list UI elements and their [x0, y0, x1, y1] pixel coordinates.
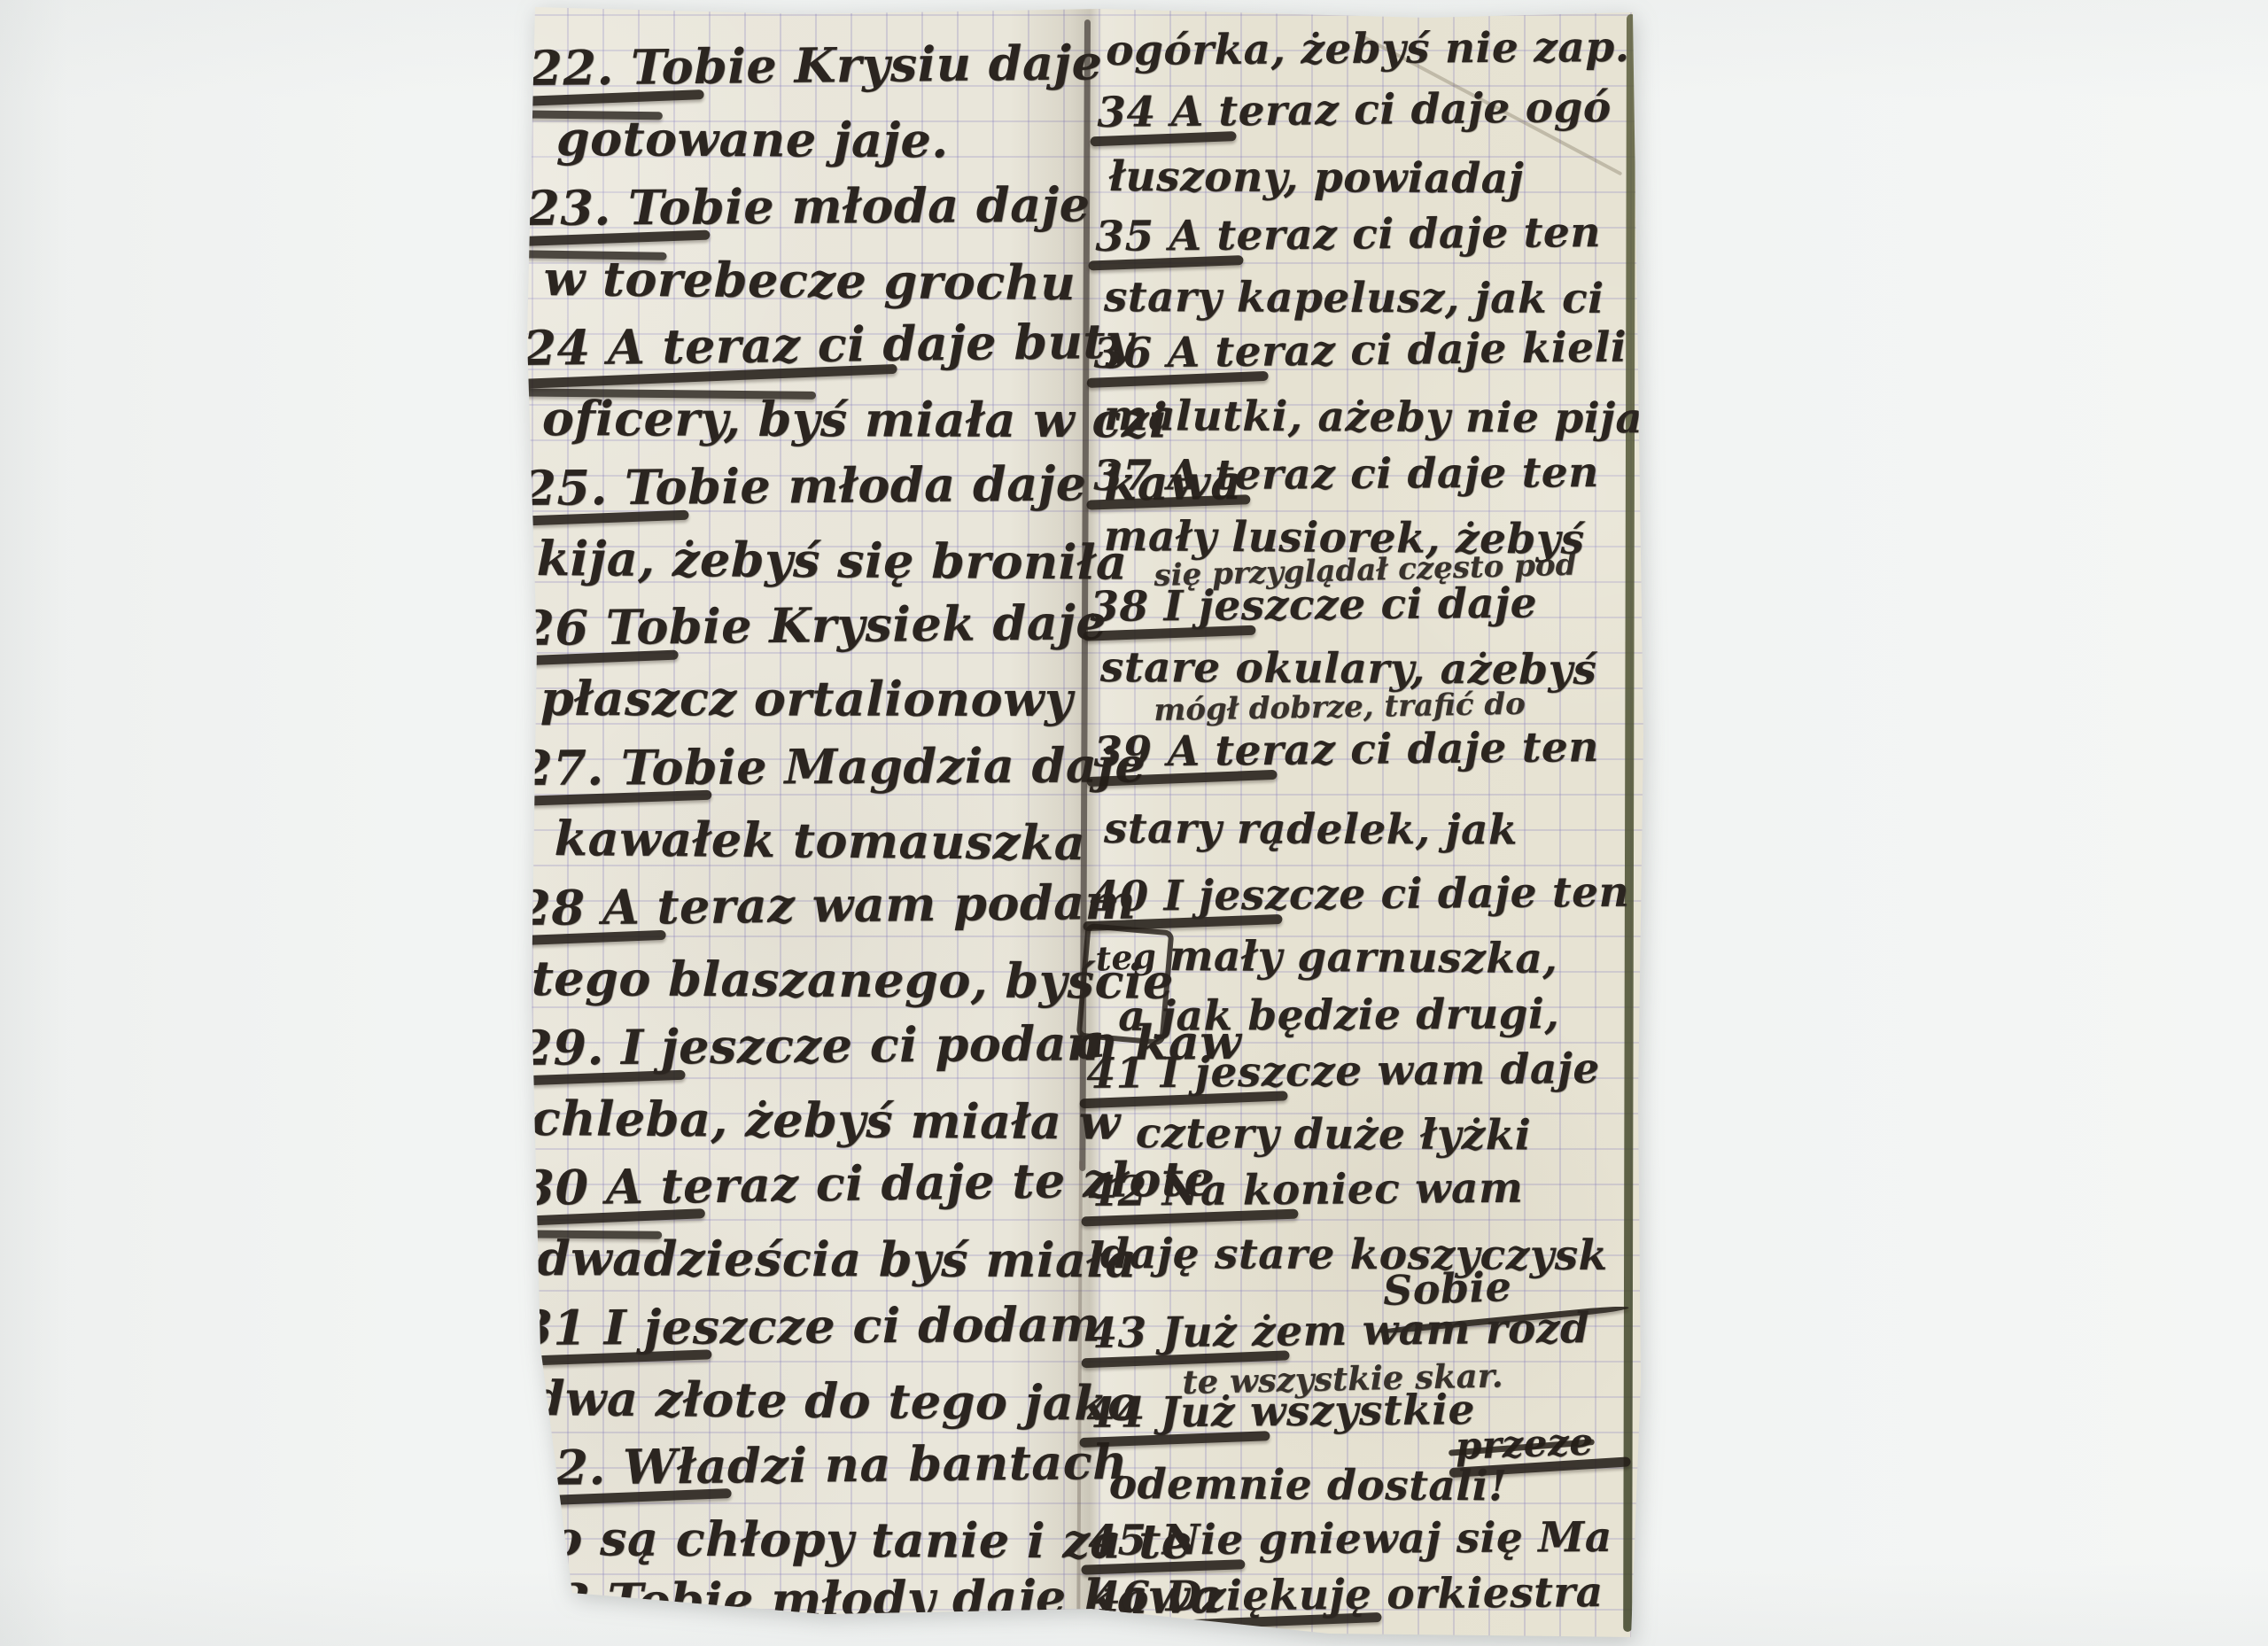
handwritten-line: malutki, ażeby nie pija	[1104, 392, 1643, 443]
handwritten-line: w torebecze grochu	[543, 250, 1076, 311]
handwritten-line: płaszcz ortalionowy	[540, 670, 1073, 727]
handwritten-text: 40 I jeszcze ci daje ten	[1090, 868, 1629, 921]
handwritten-text: 26 Tobie Krysiek daje	[521, 594, 1107, 656]
paper-wrapper: teg a 22. Tobie Krysiu dajegotowane jaje…	[0, 0, 2268, 1646]
handwritten-text: 39 A teraz ci daje ten	[1093, 723, 1599, 777]
handwritten-line: kawałek tomauszka	[554, 810, 1085, 871]
handwritten-text: 24 A teraz ci daje buty	[523, 313, 1134, 377]
handwritten-line: tego blaszanego, byście	[532, 950, 1174, 1010]
handwritten-text: oficery, byś miała w czi	[542, 390, 1168, 448]
handwritten-text: 32. Władzi na bantach	[521, 1433, 1128, 1496]
handwritten-text: 22. Tobie Krysiu daje	[529, 34, 1103, 97]
handwritten-line: 36 A teraz ci daje kieli	[1093, 323, 1627, 378]
handwritten-line: 28 A teraz wam podam	[517, 873, 1137, 936]
handwritten-text: 44 Już wszystkie	[1086, 1386, 1475, 1438]
handwritten-text: stary rądelek, jak	[1104, 804, 1518, 855]
handwritten-line: 35 A teraz ci daje ten	[1095, 208, 1601, 261]
handwritten-text: daję stare koszyczysk	[1100, 1230, 1608, 1280]
handwritten-line: 43 Już żem wam rozd	[1088, 1304, 1590, 1358]
handwritten-text: odemnie dostali!	[1109, 1460, 1508, 1510]
handwritten-text: 42 Na koniec wam	[1088, 1164, 1523, 1216]
handwritten-line: 42 Na koniec wam	[1088, 1164, 1523, 1216]
handwritten-line: 39 A teraz ci daje ten	[1093, 723, 1599, 777]
handwritten-line: oficery, byś miała w czi	[542, 390, 1168, 448]
handwritten-line: 26 Tobie Krysiek daje	[521, 594, 1107, 656]
handwritten-text: a jak będzie drugi,	[1118, 990, 1559, 1041]
handwritten-text: cztery duże łyżki	[1136, 1109, 1532, 1160]
handwritten-text: 41 I jeszcze wam daje	[1086, 1044, 1600, 1099]
handwritten-line: a jak będzie drugi,	[1118, 990, 1559, 1041]
handwritten-text: 36 A teraz ci daje kieli	[1093, 323, 1627, 378]
handwritten-line: odemnie dostali!	[1109, 1460, 1508, 1510]
handwritten-line: przeze	[1455, 1420, 1594, 1468]
handwritten-line: mógł dobrze, trafić do	[1153, 687, 1526, 728]
handwritten-text: 34 A teraz ci daje ogó	[1097, 83, 1612, 137]
handwritten-line: gotowane jaje.	[556, 110, 949, 168]
handwritten-text: dwa złote do tego jako	[531, 1370, 1140, 1432]
handwritten-text: tego blaszanego, byście	[532, 950, 1174, 1010]
handwritten-line: ogórka, żebyś nie zap.	[1106, 23, 1630, 75]
handwritten-line: kija, żebyś się broniła	[537, 530, 1128, 591]
handwritten-text: 28 A teraz wam podam	[517, 873, 1137, 936]
handwritten-text: płaszcz ortalionowy	[540, 670, 1073, 727]
handwritten-text: 23. Tobie młoda daje	[526, 176, 1091, 237]
handwritten-text: 38 I jeszcze ci daje	[1090, 579, 1537, 632]
handwritten-line: 38 I jeszcze ci daje	[1090, 579, 1537, 632]
handwritten-line: dwa złote do tego jako	[531, 1370, 1140, 1432]
handwritten-text: stary kapelusz, jak ci	[1104, 273, 1604, 323]
handwritten-text: łuszony, powiadaj	[1109, 152, 1525, 203]
handwritten-text: 27. Tobie Magdzia daje	[519, 736, 1146, 796]
handwritten-line: 31 I jeszcze ci dodam	[519, 1295, 1100, 1356]
handwritten-line: stary kapelusz, jak ci	[1104, 273, 1604, 323]
handwritten-line: chleba, żebyś miała w	[532, 1090, 1121, 1151]
handwritten-text: kija, żebyś się broniła	[537, 530, 1128, 591]
handwritten-line: 23. Tobie młoda daje	[526, 176, 1091, 237]
handwritten-text: w torebecze grochu	[543, 250, 1076, 311]
paper: teg a 22. Tobie Krysiu dajegotowane jaje…	[0, 0, 2268, 1646]
handwritten-text: 43 Już żem wam rozd	[1088, 1304, 1590, 1358]
handwritten-line: 34 A teraz ci daje ogó	[1097, 83, 1612, 137]
handwritten-text: 31 I jeszcze ci dodam	[519, 1295, 1100, 1356]
handwritten-line: daję stare koszyczysk	[1100, 1230, 1608, 1280]
handwritten-line: 24 A teraz ci daje buty	[523, 313, 1134, 377]
handwritten-line: łuszony, powiadaj	[1109, 152, 1525, 203]
handwritten-line: 45 Nie gniewaj się Ma	[1088, 1513, 1612, 1565]
handwritten-line: cztery duże łyżki	[1136, 1109, 1532, 1160]
handwritten-line: 27. Tobie Magdzia daje	[519, 736, 1146, 796]
handwritten-line: 41 I jeszcze wam daje	[1086, 1044, 1600, 1099]
handwritten-text: ogórka, żebyś nie zap.	[1106, 23, 1630, 75]
handwritten-text: mógł dobrze, trafić do	[1153, 687, 1526, 728]
handwritten-line: dwadzieścia byś miała	[537, 1230, 1138, 1288]
handwritten-line: 44 Już wszystkie	[1086, 1386, 1475, 1438]
handwritten-line: 37 A teraz ci daje ten	[1093, 448, 1599, 501]
handwritten-text: chleba, żebyś miała w	[532, 1090, 1121, 1151]
handwritten-line: 22. Tobie Krysiu daje	[529, 34, 1103, 97]
handwritten-text: 45 Nie gniewaj się Ma	[1088, 1513, 1612, 1565]
handwritten-text: gotowane jaje.	[556, 110, 949, 168]
paper-right-dark-edge	[1623, 14, 1635, 1632]
pencil-underline	[516, 1624, 662, 1639]
handwritten-line: stary rądelek, jak	[1104, 804, 1518, 855]
handwritten-text: dwadzieścia byś miała	[537, 1230, 1138, 1288]
handwritten-text: mały garnuszka,	[1169, 932, 1558, 983]
handwritten-text: kawałek tomauszka	[554, 810, 1085, 871]
handwritten-line: 46 Dziękuję orkiestra	[1091, 1568, 1604, 1622]
handwritten-text: 35 A teraz ci daje ten	[1095, 208, 1601, 261]
handwritten-text: malutki, ażeby nie pija	[1104, 392, 1643, 443]
handwritten-line: mały garnuszka,	[1169, 932, 1558, 983]
handwritten-text: 46 Dziękuję orkiestra	[1091, 1568, 1604, 1622]
handwritten-text: przeze	[1455, 1420, 1594, 1468]
handwritten-line: 32. Władzi na bantach	[521, 1433, 1128, 1496]
handwritten-text: 37 A teraz ci daje ten	[1093, 448, 1599, 501]
handwritten-line: 40 I jeszcze ci daje ten	[1090, 868, 1629, 921]
